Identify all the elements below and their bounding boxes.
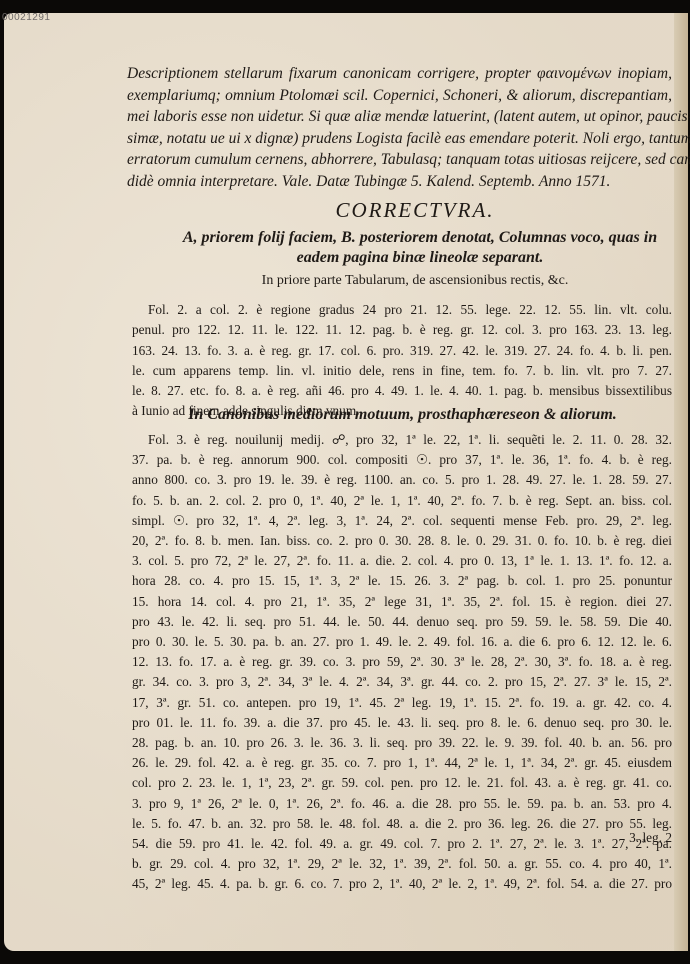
intro-line: didè omnia interpretare. Vale. Datæ Tubi… — [127, 171, 672, 193]
intro-line: exemplariumq; omnium Ptolomæi scil. Cope… — [127, 85, 672, 107]
body-line: simpl. ☉. pro 32, 1ª. 4, 2ª. leg. 3, 1ª.… — [132, 511, 672, 531]
body-line: 17, 3ª. gr. 51. co. antepen. pro 19, 1ª.… — [132, 693, 672, 713]
body-line: 15. hora 14. col. 4. pro 21, 1ª. 35, 2ª … — [132, 592, 672, 612]
body-line: le. 8. 27. etc. fo. 8. a. è reg. añi 46.… — [132, 381, 672, 401]
body-line: 37. pa. b. è reg. annorum 900. col. comp… — [132, 450, 672, 470]
subtitle: A, priorem folij faciem, B. posteriorem … — [165, 228, 675, 268]
body-line: 20, 2ª. fo. 8. b. men. Ian. biss. co. 2.… — [132, 531, 672, 551]
body-line: 54. die 59. pro 41. le. 42. fol. 49. a. … — [132, 834, 672, 854]
body-line: 3. pro 9, 1ª 26, 2ª le. 0, 1ª. 26, 2ª. f… — [132, 794, 672, 814]
body-line: pro 0. 30. le. 5. 30. pa. b. an. 27. pro… — [132, 632, 672, 652]
body-line: penul. pro 122. 12. 11. le. 122. 11. 12.… — [132, 320, 672, 340]
body-line: 163. 24. 13. fo. 3. a. è reg. gr. 17. co… — [132, 341, 672, 361]
body-line: b. gr. 29. col. 4. pro 32, 1ª. 29, 2ª le… — [132, 854, 672, 874]
intro-line: mei laboris esse non uidetur. Si quæ ali… — [127, 106, 672, 128]
section2-heading: In Canonibus mediorum motuum, prosthaphæ… — [130, 406, 675, 424]
intro-paragraph: Descriptionem stellarum fixarum canonica… — [127, 63, 672, 193]
body-line: hora 28. co. 4. pro 15. 15, 1ª. 3, 2ª le… — [132, 571, 672, 591]
body-line: fo. 5. b. an. 2. col. 2. pro 0, 1ª. 40, … — [132, 491, 672, 511]
body-line: le. cum apparens temp. lin. vl. initio d… — [132, 361, 672, 381]
body-line: 26. le. 29. fol. 42. a. è reg. gr. 35. c… — [132, 753, 672, 773]
body-line: 12. 13. fo. 17. a. è reg. gr. 39. co. 3.… — [132, 652, 672, 672]
body-line: pro 43. le. 42. li. seq. pro 51. 44. le.… — [132, 612, 672, 632]
body-line: 28. pag. b. an. 10. pro 26. 3. le. 36. 3… — [132, 733, 672, 753]
page-title: CORRECTVRA. — [160, 198, 670, 223]
archive-id: 00021291 — [2, 12, 51, 23]
section1-body: Fol. 2. a col. 2. è regione gradus 24 pr… — [132, 300, 672, 422]
section1-heading: In priore parte Tabularum, de ascensioni… — [160, 273, 670, 289]
section2-body: Fol. 3. è reg. nouilunij medij. ☍, pro 3… — [132, 430, 672, 895]
intro-line: Descriptionem stellarum fixarum canonica… — [127, 63, 672, 85]
subtitle-line: eadem pagina binæ lineolæ separant. — [165, 248, 675, 268]
intro-line: simæ, notatu ue ui x dignæ) prudens Logi… — [127, 128, 672, 150]
body-line: Fol. 3. è reg. nouilunij medij. ☍, pro 3… — [132, 430, 672, 450]
body-line: gr. 34. co. 3. pro 3, 2ª. 34, 3ª le. 4. … — [132, 672, 672, 692]
body-line: col. pro 2. 23. le. 1, 1ª, 23, 2ª. gr. 5… — [132, 773, 672, 793]
body-line: anno 800. co. 3. pro 19. le. 39. è reg. … — [132, 470, 672, 490]
intro-line: erratorum cumulum cernens, abhorrere, Ta… — [127, 149, 672, 171]
catchword: 3. leg. 2 — [600, 830, 672, 846]
subtitle-line: A, priorem folij faciem, B. posteriorem … — [165, 228, 675, 248]
body-line: pro 01. le. 11. fo. 39. a. die 37. pro 4… — [132, 713, 672, 733]
body-line: 45, 2ª leg. 45. 4. pa. b. gr. 6. co. 7. … — [132, 874, 672, 894]
body-line: Fol. 2. a col. 2. è regione gradus 24 pr… — [132, 300, 672, 320]
body-line: le. 5. fo. 47. b. an. 32. pro 58. le. 48… — [132, 814, 672, 834]
body-line: 3. col. 5. pro 72, 2ª le. 27, 2ª. fo. 11… — [132, 551, 672, 571]
